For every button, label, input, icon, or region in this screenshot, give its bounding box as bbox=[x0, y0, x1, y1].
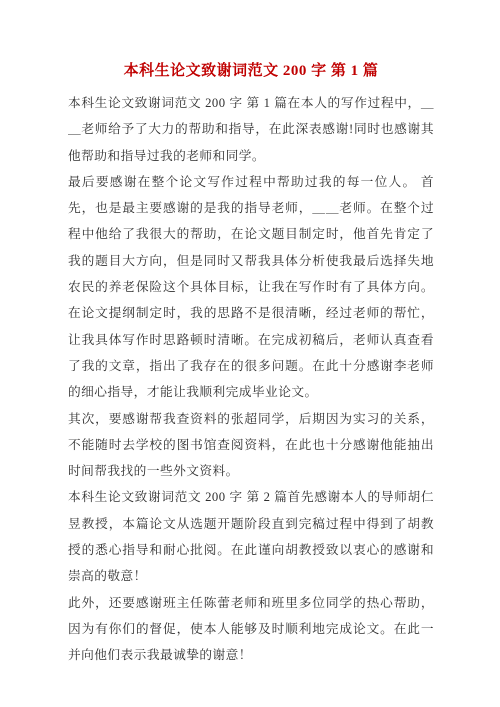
document-content: 本科生论文致谢词范文 200 字 第 1 篇在本人的写作过程中，＿＿老师给予了大… bbox=[68, 90, 434, 669]
paragraph-3: 其次，要感谢帮我查资料的张超同学，后期因为实习的关系，不能随时去学校的图书馆查阅… bbox=[68, 406, 434, 485]
paragraph-5: 此外，还要感谢班主任陈蕾老师和班里多位同学的热心帮助，因为有你们的督促，使本人能… bbox=[68, 590, 434, 669]
paragraph-2: 最后要感谢在整个论文写作过程中帮助过我的每一位人。 首先，也是最主要感谢的是我的… bbox=[68, 169, 434, 406]
document-body: 本科生论文致谢词范文 200 字 第 1 篇 本科生论文致谢词范文 200 字 … bbox=[0, 0, 500, 669]
paragraph-1: 本科生论文致谢词范文 200 字 第 1 篇在本人的写作过程中，＿＿老师给予了大… bbox=[68, 90, 434, 169]
paragraph-4: 本科生论文致谢词范文 200 字 第 2 篇首先感谢本人的导师胡仁昱教授，本篇论… bbox=[68, 484, 434, 589]
document-title: 本科生论文致谢词范文 200 字 第 1 篇 bbox=[68, 61, 434, 81]
document-page: 本科生论文致谢词范文 200 字 第 1 篇 本科生论文致谢词范文 200 字 … bbox=[0, 0, 500, 707]
